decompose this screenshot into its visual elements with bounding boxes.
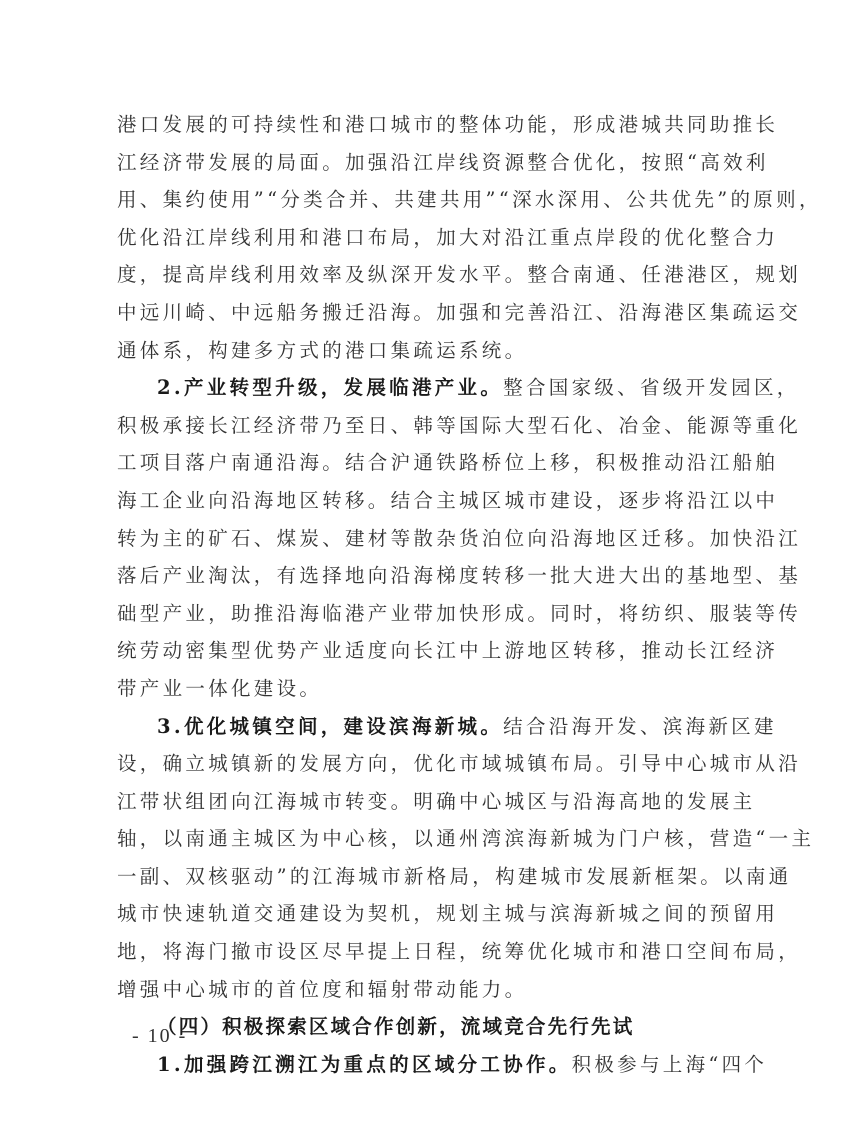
numbered-heading-3: 3.优化城镇空间，建设滨海新城。 (157, 715, 503, 738)
body-text: 港口发展的可持续性和港口城市的整体功能，形成港城共同助推长 江经济带发展的局面。… (117, 106, 737, 1083)
paragraph-first-line: 3.优化城镇空间，建设滨海新城。结合沿海开发、滨海新区建 (117, 708, 737, 746)
text-line: 港口发展的可持续性和港口城市的整体功能，形成港城共同助推长 (117, 106, 737, 144)
numbered-heading-1: 1.加强跨江溯江为重点的区域分工协作。 (157, 1053, 572, 1076)
numbered-heading-2: 2.产业转型升级，发展临港产业。 (157, 376, 503, 399)
text-line: 地，将海门撤市设区尽早提上日程，统筹优化城市和港口空间布局， (117, 933, 737, 971)
text-run: 积极参与上海“四个 (572, 1053, 768, 1076)
text-line: 积极承接长江经济带乃至日、韩等国际大型石化、冶金、能源等重化 (117, 407, 737, 445)
document-page: 港口发展的可持续性和港口城市的整体功能，形成港城共同助推长 江经济带发展的局面。… (0, 0, 850, 1146)
text-line: 轴，以南通主城区为中心核，以通州湾滨海新城为门户核，营造“一主 (117, 820, 737, 858)
paragraph-first-line: 1.加强跨江溯江为重点的区域分工协作。积极参与上海“四个 (117, 1046, 737, 1084)
section-heading: （四）积极探索区域合作创新，流域竞合先行先试 (117, 1008, 737, 1046)
text-line: 统劳动密集型优势产业适度向长江中上游地区转移，推动长江经济 (117, 632, 737, 670)
text-line: 江带状组团向江海城市转变。明确中心城区与沿海高地的发展主 (117, 783, 737, 821)
text-line: 一副、双核驱动”的江海城市新格局，构建城市发展新框架。以南通 (117, 858, 737, 896)
page-number: - 10 - (132, 1025, 187, 1048)
text-line: 转为主的矿石、煤炭、建材等散杂货泊位向沿海地区迁移。加快沿江 (117, 520, 737, 558)
text-line: 优化沿江岸线利用和港口布局，加大对沿江重点岸段的优化整合力 (117, 219, 737, 257)
paragraph-first-line: 2.产业转型升级，发展临港产业。整合国家级、省级开发园区， (117, 369, 737, 407)
text-line: 度，提高岸线利用效率及纵深开发水平。整合南通、任港港区，规划 (117, 256, 737, 294)
text-line: 城市快速轨道交通建设为契机，规划主城与滨海新城之间的预留用 (117, 895, 737, 933)
text-run: 整合国家级、省级开发园区， (503, 376, 799, 399)
text-line: 用、集约使用”“分类合并、共建共用”“深水深用、公共优先”的原则， (117, 181, 737, 219)
text-line: 落后产业淘汰，有选择地向沿海梯度转移一批大进大出的基地型、基 (117, 557, 737, 595)
text-line: 带产业一体化建设。 (117, 670, 737, 708)
text-run: 结合沿海开发、滨海新区建 (503, 715, 777, 738)
text-line: 中远川崎、中远船务搬迁沿海。加强和完善沿江、沿海港区集疏运交 (117, 294, 737, 332)
text-line: 增强中心城市的首位度和辐射带动能力。 (117, 971, 737, 1009)
text-line: 础型产业，助推沿海临港产业带加快形成。同时，将纺织、服装等传 (117, 595, 737, 633)
text-line: 海工企业向沿海地区转移。结合主城区城市建设，逐步将沿江以中 (117, 482, 737, 520)
text-line: 江经济带发展的局面。加强沿江岸线资源整合优化，按照“高效利 (117, 144, 737, 182)
text-line: 工项目落户南通沿海。结合沪通铁路桥位上移，积极推动沿江船舶 (117, 444, 737, 482)
text-line: 设，确立城镇新的发展方向，优化市域城镇布局。引导中心城市从沿 (117, 745, 737, 783)
text-line: 通体系，构建多方式的港口集疏运系统。 (117, 332, 737, 370)
